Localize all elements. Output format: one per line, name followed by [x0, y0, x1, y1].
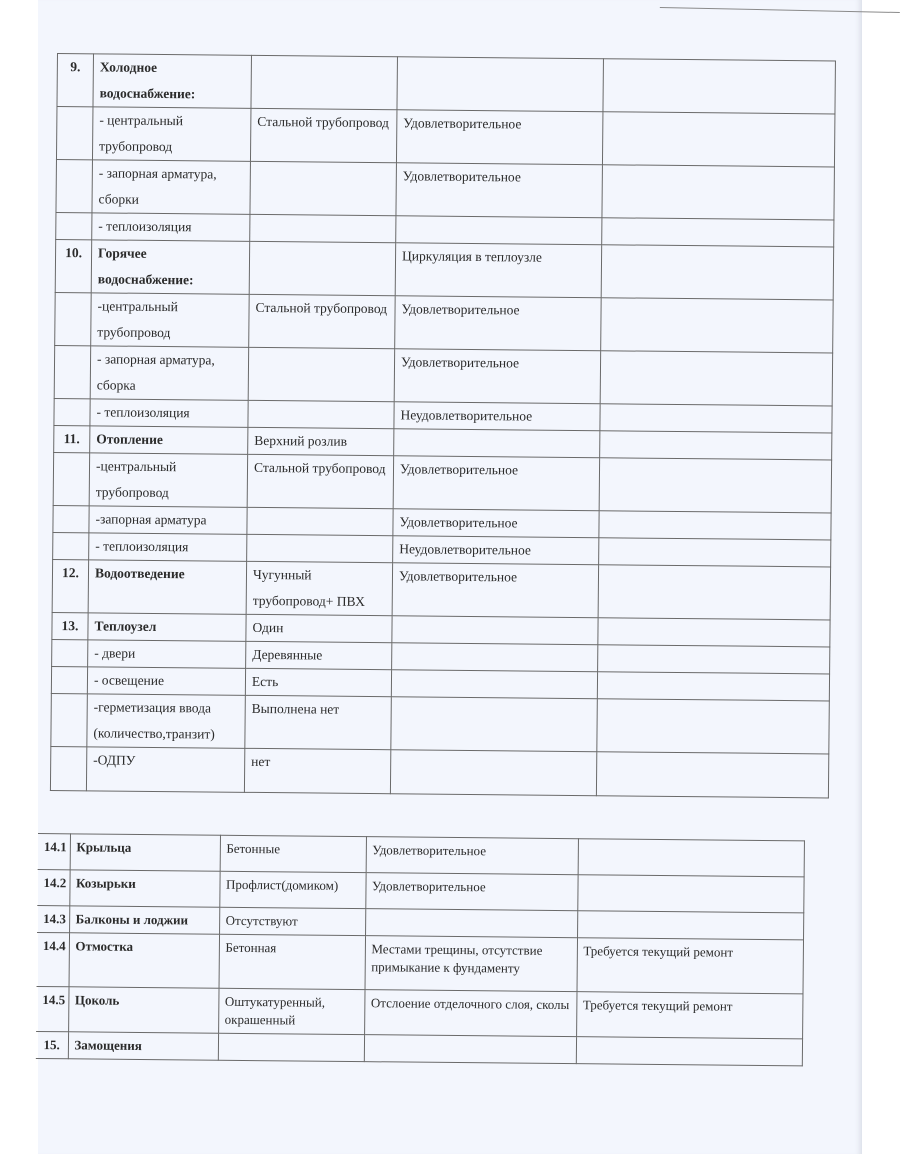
row-number [54, 398, 90, 425]
item-name: - центральный трубопровод [92, 107, 251, 162]
condition-cell: Неудовлетворительное [393, 536, 599, 565]
row-number [54, 345, 91, 398]
condition-cell [364, 1035, 576, 1064]
row-number: 14.2 [37, 869, 69, 905]
condition-cell: Отслоение отделочного слоя, сколы [364, 990, 576, 1037]
note-cell [576, 1037, 802, 1066]
item-name: -ОДПУ [86, 747, 244, 793]
material-cell [218, 1033, 364, 1061]
material-cell: Деревянные [246, 641, 392, 669]
material-cell [247, 534, 393, 562]
material-cell: Один [246, 614, 392, 642]
inspection-table-upper: 9.Холодное водоснабжение:- центральный т… [50, 53, 836, 798]
item-name: Балконы и лоджии [69, 906, 219, 934]
note-cell [602, 165, 834, 220]
row-number [56, 107, 93, 160]
row-number [53, 452, 90, 505]
note-cell [596, 752, 828, 798]
table-row: - запорная арматура, сборкиУдовлетворите… [56, 159, 834, 219]
material-cell: Чугунный трубопровод+ ПВХ [246, 561, 393, 615]
condition-cell [390, 750, 596, 796]
row-number: 15. [36, 1031, 68, 1058]
item-name: - запорная арматура, сборка [90, 346, 249, 401]
note-cell [600, 404, 832, 433]
condition-cell [392, 643, 598, 672]
note-cell [598, 645, 830, 674]
note-cell [600, 351, 832, 406]
material-cell [250, 161, 397, 215]
item-name: Холодное водоснабжение: [93, 54, 252, 109]
item-name: - освещение [87, 667, 245, 696]
condition-cell: Удовлетворительное [393, 509, 599, 538]
item-name: Козырьки [69, 870, 219, 907]
item-name: -центральный трубопровод [89, 453, 248, 508]
material-cell [248, 347, 395, 401]
condition-cell: Удовлетворительное [396, 110, 602, 165]
condition-cell [391, 670, 597, 699]
table-row: - центральный трубопроводСтальной трубоп… [56, 107, 834, 167]
row-number: 14.5 [36, 986, 68, 1031]
material-cell: Профлист(домиком) [219, 871, 365, 908]
item-name: -центральный трубопровод [91, 293, 250, 348]
item-name: Замощения [68, 1032, 218, 1060]
table-row: 10.Горячее водоснабжение:Циркуляция в те… [55, 239, 833, 299]
item-name: -запорная арматура [89, 506, 247, 535]
row-number: 9. [57, 54, 94, 107]
material-cell [248, 400, 394, 428]
material-cell: Отсутствуют [219, 907, 365, 935]
note-cell [577, 911, 803, 940]
row-number [55, 292, 92, 345]
note-cell [599, 511, 831, 540]
row-number: 12. [52, 559, 89, 612]
row-number [51, 693, 88, 746]
material-cell [249, 241, 396, 295]
note-cell [599, 538, 831, 567]
table-row: 14.5ЦокольОштукатуренный, окрашенныйОтсл… [36, 986, 802, 1038]
table-row: 9.Холодное водоснабжение: [57, 54, 835, 114]
material-cell: Стальной трубопровод [249, 294, 396, 348]
note-cell [601, 245, 833, 300]
note-cell [578, 839, 804, 877]
row-number: 14.4 [37, 932, 70, 986]
condition-cell: Удовлетворительное [396, 163, 602, 218]
row-number: 13. [52, 612, 88, 639]
row-number: 14.3 [37, 905, 69, 932]
item-name: - теплоизоляция [90, 399, 248, 428]
condition-cell [391, 697, 597, 752]
material-cell: Есть [245, 668, 391, 696]
condition-cell [396, 216, 602, 245]
row-number: 14.1 [38, 834, 70, 870]
condition-cell: Удовлетворительное [395, 296, 601, 351]
table-row: -герметизация ввода (количество,транзит)… [51, 693, 829, 753]
row-number [56, 159, 93, 212]
note-cell [601, 298, 833, 353]
material-cell: Стальной трубопровод [250, 108, 397, 162]
item-name: Цоколь [68, 987, 218, 1033]
note-cell [577, 875, 803, 913]
condition-cell [392, 616, 598, 645]
item-name: Отмостка [69, 933, 220, 988]
inspection-table-lower: 14.1КрыльцаБетонныеУдовлетворительное14.… [36, 833, 805, 1066]
note-cell [597, 699, 829, 754]
item-name: - двери [88, 640, 246, 669]
table-row: 12.ВодоотведениеЧугунный трубопровод+ ПВ… [52, 559, 830, 619]
condition-cell [365, 909, 577, 938]
item-name: Водоотведение [88, 560, 247, 615]
item-name: Теплоузел [88, 613, 246, 642]
item-name: - теплоизоляция [89, 533, 247, 562]
material-cell: Стальной трубопровод [247, 454, 394, 508]
material-cell [250, 214, 396, 242]
material-cell: Оштукатуренный, окрашенный [218, 988, 364, 1034]
condition-cell [397, 57, 603, 112]
row-number [50, 746, 86, 790]
condition-cell: Местами трещины, отсутствие примыкание к… [365, 936, 578, 992]
note-cell [597, 672, 829, 701]
note-cell [600, 431, 832, 460]
row-number: 10. [55, 239, 92, 292]
material-cell: Верхний розлив [248, 427, 394, 455]
note-cell [598, 618, 830, 647]
condition-cell: Неудовлетворительное [394, 402, 600, 431]
note-cell: Требуется текущий ремонт [577, 938, 804, 994]
table-row: 14.4ОтмосткаБетоннаяМестами трещины, отс… [37, 932, 803, 993]
material-cell [251, 55, 398, 109]
table-row: -ОДПУнет [50, 746, 828, 797]
condition-cell: Удовлетворительное [365, 873, 577, 911]
table-row: -центральный трубопроводСтальной трубопр… [55, 292, 833, 352]
material-cell: Бетонная [219, 934, 366, 989]
table-row: - запорная арматура, сборкаУдовлетворите… [54, 345, 832, 405]
condition-cell: Удовлетворительное [393, 456, 599, 511]
note-cell [599, 458, 831, 513]
item-name: Отопление [90, 426, 248, 455]
material-cell [247, 507, 393, 535]
condition-cell [394, 429, 600, 458]
note-cell [603, 59, 835, 114]
note-cell [602, 218, 834, 247]
note-cell [598, 565, 830, 620]
note-cell: Требуется текущий ремонт [576, 992, 802, 1039]
row-number [53, 532, 89, 559]
item-name: -герметизация ввода (количество,транзит) [87, 694, 246, 749]
table-row: -центральный трубопроводСтальной трубопр… [53, 452, 831, 512]
material-cell: Выполнена нет [245, 695, 392, 749]
material-cell: нет [244, 748, 390, 793]
condition-cell: Удовлетворительное [394, 349, 600, 404]
row-number [56, 212, 92, 239]
item-name: - запорная арматура, сборки [92, 160, 251, 215]
condition-cell: Удовлетворительное [366, 837, 578, 875]
row-number [53, 505, 89, 532]
material-cell: Бетонные [220, 835, 366, 872]
condition-cell: Циркуляция в теплоузле [395, 243, 601, 298]
item-name: - теплоизоляция [92, 213, 250, 242]
row-number: 11. [54, 425, 90, 452]
row-number [52, 639, 88, 666]
item-name: Крыльца [70, 834, 220, 871]
item-name: Горячее водоснабжение: [91, 240, 250, 295]
note-cell [602, 112, 834, 167]
row-number [51, 666, 87, 693]
condition-cell: Удовлетворительное [392, 563, 598, 618]
